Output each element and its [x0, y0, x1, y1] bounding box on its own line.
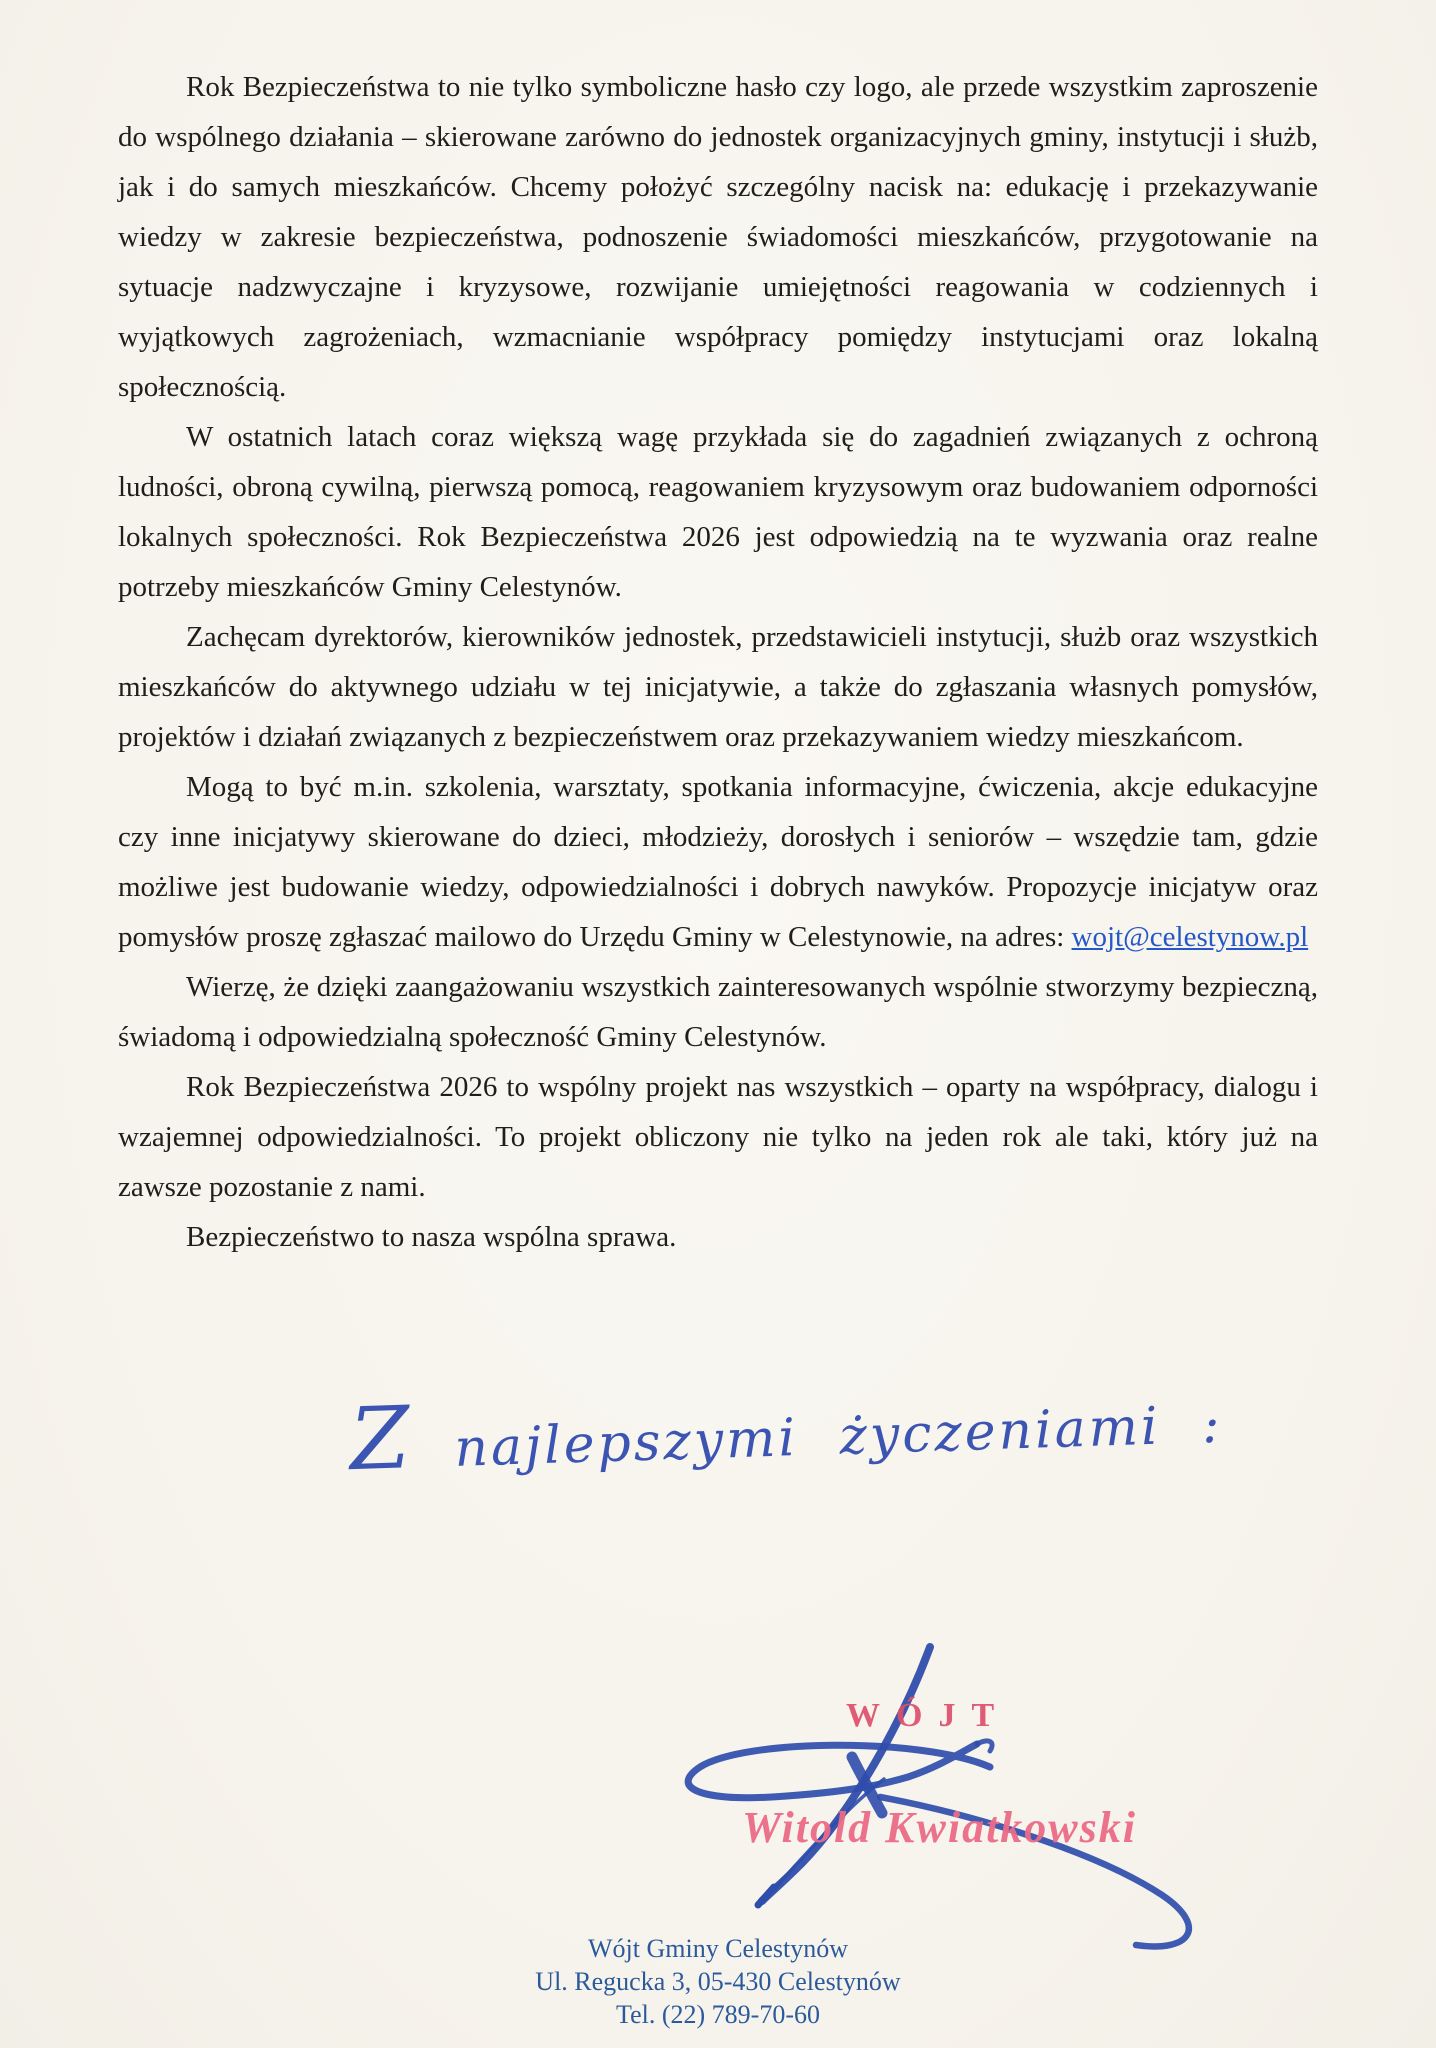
footer-phone: Tel. (22) 789-70-60 — [368, 1998, 1068, 2031]
footer-office-name: Wójt Gminy Celestynów — [368, 1932, 1068, 1965]
letter-body: Rok Bezpieczeństwa to nie tylko symbolic… — [118, 62, 1318, 1262]
stamp-mayor-title: WÓJT — [846, 1697, 1010, 1735]
signature-ink — [540, 1635, 1240, 1965]
paragraph-shared-project: Rok Bezpieczeństwa 2026 to wspólny proje… — [118, 1062, 1318, 1212]
paragraph-motto: Bezpieczeństwo to nasza wspólna sprawa. — [118, 1212, 1318, 1262]
footer-contact: Wójt Gminy Celestynów Ul. Regucka 3, 05-… — [368, 1932, 1068, 2031]
footer-address: Ul. Regucka 3, 05-430 Celestynów — [368, 1965, 1068, 1998]
letter-page: Rok Bezpieczeństwa to nie tylko symbolic… — [0, 0, 1436, 2048]
email-link[interactable]: wojt@celestynow.pl — [1072, 921, 1309, 953]
paragraph-invitation: Zachęcam dyrektorów, kierowników jednost… — [118, 612, 1318, 762]
paragraph-context: W ostatnich latach coraz większą wagę pr… — [118, 412, 1318, 612]
paragraph-belief: Wierzę, że dzięki zaangażowaniu wszystki… — [118, 962, 1318, 1062]
paragraph-initiatives: Mogą to być m.in. szkolenia, warsztaty, … — [118, 762, 1318, 962]
stamp-mayor-name: Witold Kwiatkowski — [742, 1802, 1137, 1853]
paragraph-intro: Rok Bezpieczeństwa to nie tylko symbolic… — [118, 62, 1318, 412]
handwritten-closing: Z najlepszymi życzeniami : — [349, 1394, 1250, 1482]
